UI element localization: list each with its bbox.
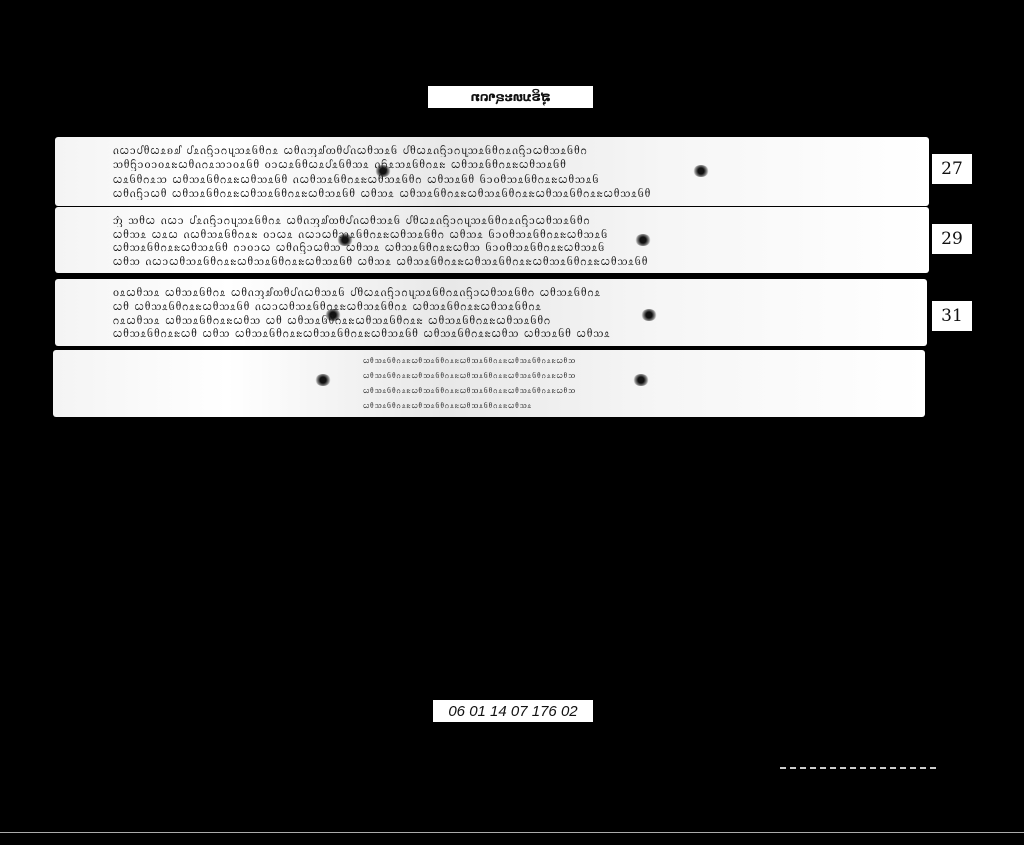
binding-hole-icon bbox=[315, 374, 331, 386]
leaf-text-line: ᦵᦍᦱᦔᦲᦍᦸᦈᦾ ᦔᦸᦵᦌᦱᦅᦴᦉᦸᦑᦲᦅᦸ ᦍᦲᦵᦀᦾᦎᦲᦔᦵᦍᦲᦉᦸᦑ ᦔ… bbox=[113, 143, 869, 157]
leaf-text-line: ᦍᦲ ᦍᦲᦉᦸᦑᦲᦅᦸᦰᦍᦲᦉᦸᦑᦲ ᦵᦍᦱᦍᦲᦉᦸᦑᦲᦅᦸᦰᦍᦲᦉᦸᦑᦲᦅᦸ … bbox=[113, 299, 867, 313]
leaf-text-line: ᦍᦲᦉᦸᦑᦲᦅᦸᦰᦍᦲᦉᦸᦑᦲᦅᦸᦰᦍᦲᦉᦸᦑᦲᦅᦸᦰᦍᦲᦉᦸᦑᦲᦅᦸᦰᦍᦲᦉ bbox=[363, 356, 585, 366]
leaf-text-line: ᦞᦸᦍᦲᦉᦸ ᦍᦲᦉᦸᦑᦲᦅᦸ ᦍᦲᦵᦀᦾᦎᦲᦔᦵᦍᦲᦉᦸᦑ ᦔᦲᦍᦸᦵᦌᦱᦅᦴ… bbox=[113, 285, 867, 299]
manuscript-title-text: ສຸຣິນທະຊາດກ bbox=[470, 90, 550, 104]
leaf-text-line: ᦍᦸᦑᦲᦅᦸᦉ ᦍᦲᦉᦸᦑᦲᦅᦸᦰᦍᦲᦉᦸᦑᦲ ᦵᦍᦲᦉᦸᦑᦲᦅᦸᦰᦍᦲᦉᦸᦑᦲ… bbox=[113, 172, 869, 186]
microfilm-id-label: 06 01 14 07 176 02 bbox=[433, 700, 593, 722]
leaf-number: 31 bbox=[941, 306, 963, 326]
leaf-text-line: ᦍᦲᦉᦸ ᦍᦸᦍ ᦵᦍᦲᦉᦸᦑᦲᦅᦸᦰ ᦞᦱᦍᦸ ᦵᦍᦱᦍᦲᦉᦸᦑᦲᦅᦸᦰᦍᦲᦉ… bbox=[113, 227, 869, 241]
leaf-text-line: ᦉᦲᦌᦱᦞᦱᦞᦸᦰᦍᦲᦵᦅᦸᦉᦱᦞᦸᦑᦲ ᦞᦱᦍᦸᦑᦲᦍᦸᦔᦸᦑᦲᦉᦸ ᦵᦌᦸᦉ… bbox=[113, 157, 869, 171]
palm-leaf-27: ᦵᦍᦱᦔᦲᦍᦸᦈᦾ ᦔᦸᦵᦌᦱᦅᦴᦉᦸᦑᦲᦅᦸ ᦍᦲᦵᦀᦾᦎᦲᦔᦵᦍᦲᦉᦸᦑ ᦔ… bbox=[55, 137, 929, 206]
leaf-text-line: ᦍᦲᦉᦸᦑᦲᦅᦸᦰᦍᦲᦉᦸᦑᦲᦅᦸᦰᦍᦲᦉᦸᦑᦲᦅᦸᦰᦍᦲᦉᦸᦑᦲᦅᦸᦰᦍᦲᦉ bbox=[363, 386, 585, 396]
palm-leaf-31: ᦞᦸᦍᦲᦉᦸ ᦍᦲᦉᦸᦑᦲᦅᦸ ᦍᦲᦵᦀᦾᦎᦲᦔᦵᦍᦲᦉᦸᦑ ᦔᦲᦍᦸᦵᦌᦱᦅᦴ… bbox=[55, 279, 927, 346]
leaf-number: 29 bbox=[941, 229, 963, 249]
scan-edge-line bbox=[0, 832, 1024, 833]
microfilm-id-text: 06 01 14 07 176 02 bbox=[448, 703, 577, 720]
leaf-text-line: ᦍᦲᦵᦌᦱᦍᦲ ᦍᦲᦉᦸᦑᦲᦅᦸᦰᦍᦲᦉᦸᦑᦲᦅᦸᦰᦍᦲᦉᦸᦑᦲ ᦍᦲᦉᦸ ᦍᦲ… bbox=[113, 186, 869, 200]
leaf-number: 27 bbox=[941, 159, 963, 179]
leaf-text-line: ᦁ ᦉᦲᦍ ᦵᦍᦱ ᦔᦸᦵᦌᦱᦅᦴᦉᦸᦑᦲᦅᦸ ᦍᦲᦵᦀᦾᦎᦲᦔᦵᦍᦲᦉᦸᦑ ᦔ… bbox=[113, 213, 869, 227]
manuscript-title-label: ສຸຣິນທະຊາດກ bbox=[428, 86, 593, 108]
leaf-number-tag: 29 bbox=[932, 224, 972, 254]
palm-leaf-final: ᦍᦲᦉᦸᦑᦲᦅᦸᦰᦍᦲᦉᦸᦑᦲᦅᦸᦰᦍᦲᦉᦸᦑᦲᦅᦸᦰᦍᦲᦉᦸᦑᦲᦅᦸᦰᦍᦲᦉ … bbox=[53, 350, 925, 417]
scan-artifact bbox=[780, 767, 940, 769]
palm-leaf-29: ᦁ ᦉᦲᦍ ᦵᦍᦱ ᦔᦸᦵᦌᦱᦅᦴᦉᦸᦑᦲᦅᦸ ᦍᦲᦵᦀᦾᦎᦲᦔᦵᦍᦲᦉᦸᦑ ᦔ… bbox=[55, 207, 929, 273]
leaf-text-line: ᦍᦲᦉ ᦵᦍᦱᦍᦲᦉᦸᦑᦲᦅᦸᦰᦍᦲᦉᦸᦑᦲᦅᦸᦰᦍᦲᦉᦸᦑᦲ ᦍᦲᦉᦸ ᦍᦲᦉ… bbox=[113, 254, 869, 268]
leaf-text-line: ᦍᦲᦉᦸᦑᦲᦅᦸᦰᦍᦲᦉᦸᦑᦲᦅᦸᦰᦍᦲᦉᦸᦑᦲᦅᦸᦰᦍᦲᦉᦸ bbox=[363, 401, 585, 411]
leaf-number-tag: 31 bbox=[932, 301, 972, 331]
leaf-text-line: ᦍᦲᦉᦸᦑᦲᦅᦸᦰᦍᦲᦉᦸᦑᦲ ᦅᦱᦞᦱᦍ ᦍᦲᦵᦌᦱᦍᦲᦉ ᦍᦲᦉᦸ ᦍᦲᦉᦸ… bbox=[113, 240, 869, 254]
leaf-text-line: ᦍᦲᦉᦸᦑᦲᦅᦸᦰᦍᦲ ᦍᦲᦉ ᦍᦲᦉᦸᦑᦲᦅᦸᦰᦍᦲᦉᦸᦑᦲᦅᦸᦰᦍᦲᦉᦸᦑᦲ… bbox=[113, 326, 867, 340]
leaf-text-line: ᦅᦸᦍᦲᦉᦸ ᦍᦲᦉᦸᦑᦲᦅᦸᦰᦍᦲᦉ ᦍᦲ ᦍᦲᦉᦸᦑᦲᦅᦸᦰᦍᦲᦉᦸᦑᦲᦅᦸ… bbox=[113, 313, 867, 327]
leaf-number-tag: 27 bbox=[932, 154, 972, 184]
binding-hole-icon bbox=[633, 374, 649, 386]
leaf-text-line: ᦍᦲᦉᦸᦑᦲᦅᦸᦰᦍᦲᦉᦸᦑᦲᦅᦸᦰᦍᦲᦉᦸᦑᦲᦅᦸᦰᦍᦲᦉᦸᦑᦲᦅᦸᦰᦍᦲᦉ bbox=[363, 371, 585, 381]
